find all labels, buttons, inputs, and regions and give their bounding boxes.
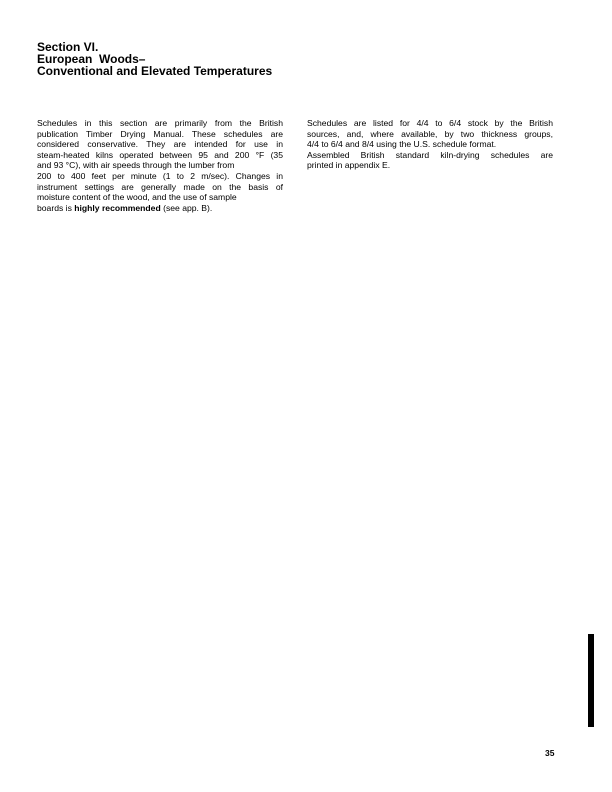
last-line-prefix: boards is [37,203,74,213]
paragraph-line: 4/4 to 6/4 and 8/4 using the U.S. schedu… [307,139,553,150]
paragraph-line: instrument settings are generally made o… [37,182,283,193]
right-column-paragraph: Schedules are listed for 4/4 to 6/4 stoc… [307,118,553,171]
section-title-line-2: Conventional and Elevated Temperatures [37,66,337,78]
paragraph-line: Schedules are listed for 4/4 to 6/4 stoc… [307,118,553,129]
section-thumb-tab [588,634,594,727]
paragraph-line: 200 to 400 feet per minute (1 to 2 m/sec… [37,171,283,182]
page-number: 35 [545,748,554,758]
paragraph-line: sources, and, where available, by two th… [307,129,553,140]
paragraph-line: Schedules in this section are primarily … [37,118,283,129]
paragraph-line: printed in appendix E. [307,160,553,171]
paragraph-line: considered conservative. They are intend… [37,139,283,150]
last-line-suffix: (see app. B). [161,203,213,213]
paragraph-last-line: boards is highly recommended (see app. B… [37,203,283,214]
paragraph-line: steam-heated kilns operated between 95 a… [37,150,283,161]
paragraph-line: and 93 °C), with air speeds through the … [37,160,283,171]
section-heading: Section VI. European Woods– Conventional… [37,42,337,77]
paragraph-line: publication Timber Drying Manual. These … [37,129,283,140]
paragraph-line: Assembled British standard kiln-drying s… [307,150,553,161]
emphasis-text: highly recommended [74,203,160,213]
paragraph-line: moisture content of the wood, and the us… [37,192,283,203]
left-column-paragraph: Schedules in this section are primarily … [37,118,283,213]
